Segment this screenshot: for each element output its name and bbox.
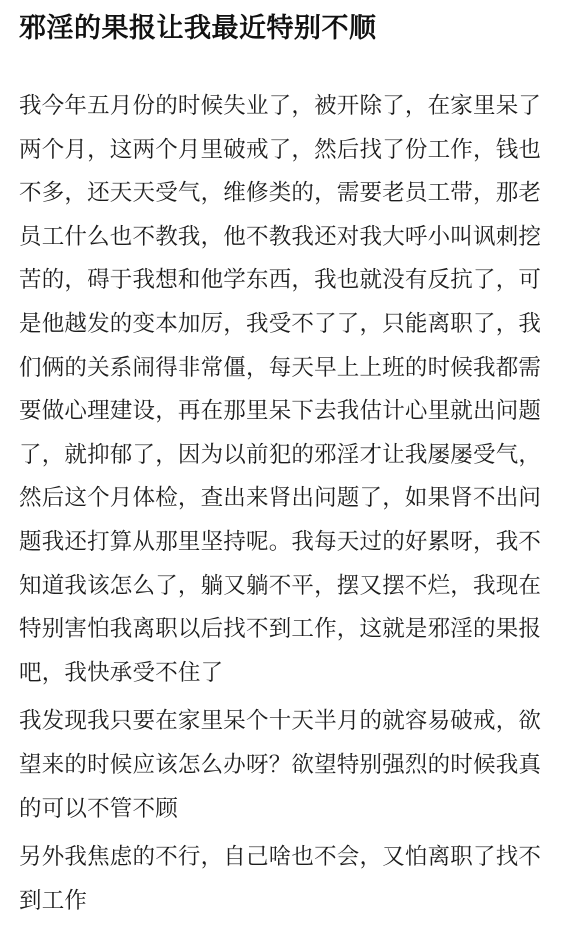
text-line: 望来的时候应该怎么办呀？欲望特别强烈的时候我真: [19, 744, 562, 788]
post-paragraph-1: 我今年五月份的时候失业了，被开除了，在家里呆了 两个月，这两个月里破戒了，然后找…: [19, 85, 562, 695]
text-line: 要做心理建设，再在那里呆下去我估计心里就出问题: [19, 390, 562, 434]
text-line: 我今年五月份的时候失业了，被开除了，在家里呆了: [19, 85, 562, 129]
text-line: 然后这个月体检，查出来肾出问题了，如果肾不出问: [19, 477, 562, 521]
text-line: 是他越发的变本加厉，我受不了了，只能离职了，我: [19, 303, 562, 347]
text-line: 们俩的关系闹得非常僵，每天早上上班的时候我都需: [19, 347, 562, 391]
post-page: 邪淫的果报让我最近特别不顺 我今年五月份的时候失业了，被开除了，在家里呆了 两个…: [0, 0, 580, 937]
text-line: 我发现我只要在家里呆个十天半月的就容易破戒，欲: [19, 700, 562, 744]
text-line: 吧，我快承受不住了: [19, 652, 562, 696]
post-paragraph-3: 另外我焦虑的不行，自己啥也不会，又怕离职了找不 到工作: [19, 836, 562, 923]
text-line: 到工作: [19, 880, 562, 924]
text-line: 特别害怕我离职以后找不到工作，这就是邪淫的果报: [19, 608, 562, 652]
text-line: 员工什么也不教我，他不教我还对我大呼小叫讽刺挖: [19, 216, 562, 260]
text-line: 知道我该怎么了，躺又躺不平，摆又摆不烂，我现在: [19, 565, 562, 609]
text-line: 另外我焦虑的不行，自己啥也不会，又怕离职了找不: [19, 836, 562, 880]
post-title: 邪淫的果报让我最近特别不顺: [19, 10, 562, 48]
text-line: 两个月，这两个月里破戒了，然后找了份工作，钱也: [19, 129, 562, 173]
text-line: 题我还打算从那里坚持呢。我每天过的好累呀，我不: [19, 521, 562, 565]
text-line: 苦的，碍于我想和他学东西，我也就没有反抗了，可: [19, 259, 562, 303]
post-paragraph-2: 我发现我只要在家里呆个十天半月的就容易破戒，欲 望来的时候应该怎么办呀？欲望特别…: [19, 700, 562, 831]
text-line: 了，就抑郁了，因为以前犯的邪淫才让我屡屡受气，: [19, 434, 562, 478]
text-line: 的可以不管不顾: [19, 788, 562, 832]
text-line: 不多，还天天受气，维修类的，需要老员工带，那老: [19, 172, 562, 216]
